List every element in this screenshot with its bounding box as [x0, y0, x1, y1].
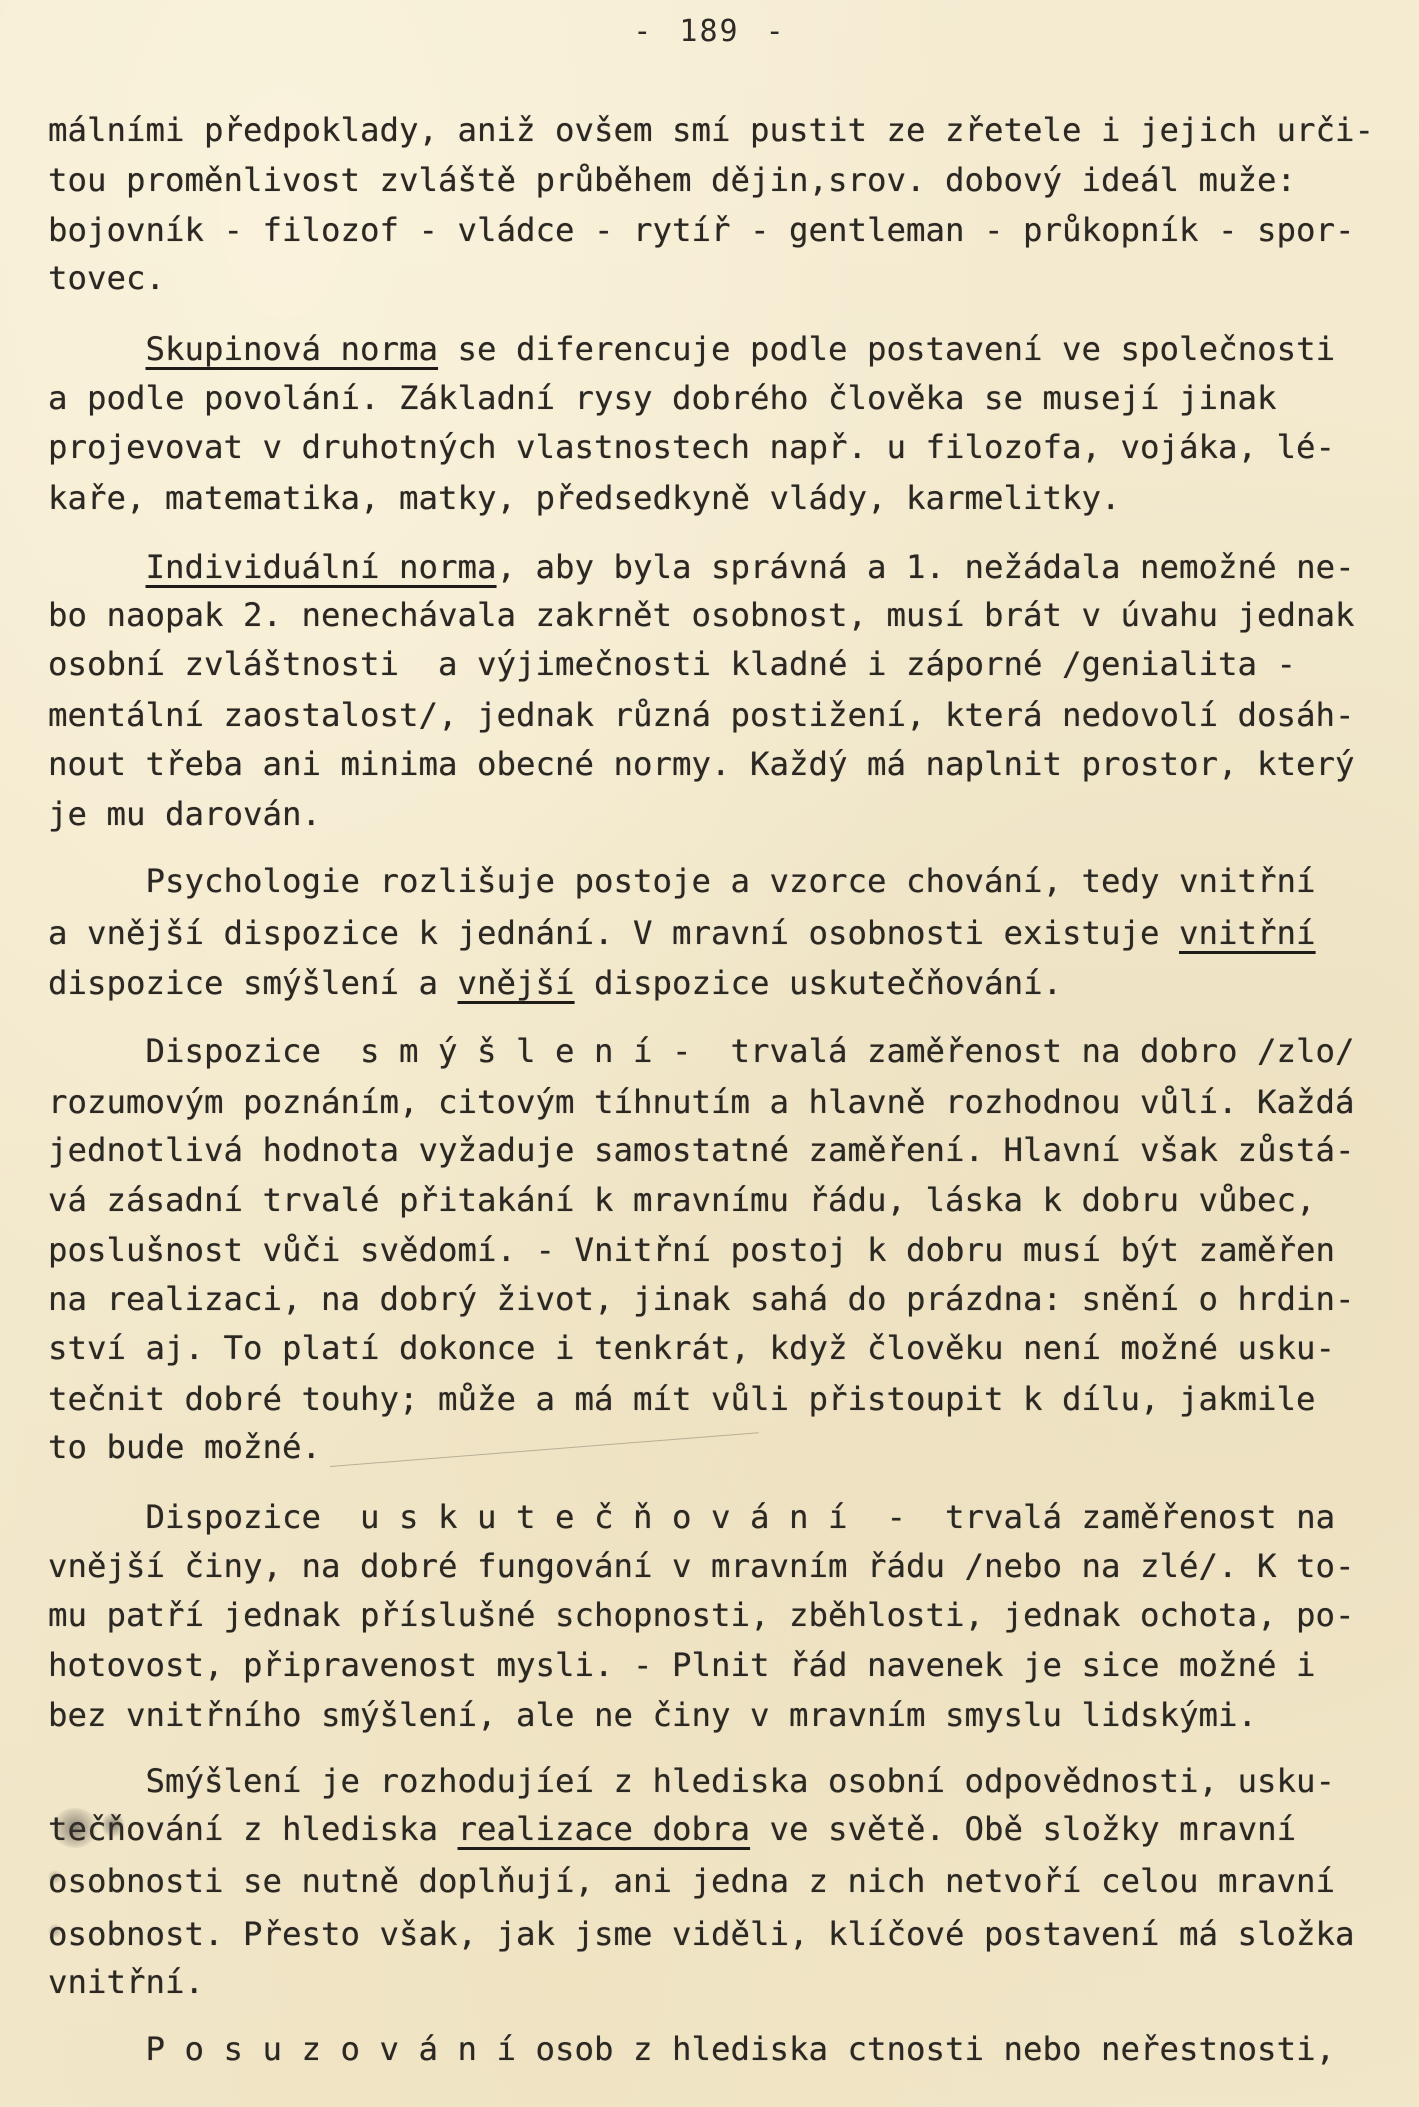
text-line: projevovat v druhotných vlastnostech nap…: [48, 427, 1335, 467]
text-line: P o s u z o v á n í osob z hlediska ctno…: [48, 2029, 1335, 2069]
text-segment: - trvalá zaměřenost na dobro /zlo/: [653, 1032, 1355, 1070]
text-line: to bude možné.: [48, 1427, 321, 1467]
text-line: mentální zaostalost/, jednak různá posti…: [48, 695, 1355, 735]
underlined-term: realizace dobra: [458, 1810, 751, 1848]
text-line: Skupinová norma se diferencuje podle pos…: [48, 329, 1335, 369]
text-segment: bez vnitřního smýšlení, ale ne činy v mr…: [48, 1696, 1257, 1734]
text-segment: jednotlivá hodnota vyžaduje samostatné z…: [48, 1131, 1355, 1169]
page-number: - 189 -: [0, 14, 1419, 49]
text-line: osobnosti se nutně doplňují, ani jedna z…: [48, 1861, 1335, 1901]
text-segment: vá zásadní trvalé přitakání k mravnímu ř…: [48, 1181, 1316, 1219]
text-line: bez vnitřního smýšlení, ale ne činy v mr…: [48, 1695, 1257, 1735]
text-line: a podle povolání. Základní rysy dobrého …: [48, 378, 1277, 418]
text-line: bojovník - filozof - vládce - rytíř - ge…: [48, 210, 1355, 250]
text-segment: nout třeba ani minima obecné normy. Každ…: [48, 745, 1355, 783]
text-line: Psychologie rozlišuje postoje a vzorce c…: [48, 861, 1316, 901]
letter-spaced-term: u s k u t e č ň o v á n í: [360, 1498, 848, 1536]
letter-spaced-term: P o s u z o v á n í: [146, 2030, 517, 2068]
text-segment: mu patří jednak příslušné schopnosti, zb…: [48, 1596, 1355, 1634]
letter-spaced-term: s m ý š l e n í: [360, 1032, 653, 1070]
text-segment: to bude možné.: [48, 1428, 321, 1466]
text-segment: [48, 548, 146, 586]
text-line: tovec.: [48, 258, 165, 298]
text-line: ství aj. To platí dokonce i tenkrát, kdy…: [48, 1328, 1335, 1368]
text-line: na realizaci, na dobrý život, jinak sahá…: [48, 1279, 1355, 1319]
text-segment: tou proměnlivost zvláště průběhem dějin,…: [48, 161, 1296, 199]
text-line: tou proměnlivost zvláště průběhem dějin,…: [48, 160, 1296, 200]
text-segment: Dispozice: [48, 1498, 360, 1536]
text-segment: [48, 330, 146, 368]
text-segment: kaře, matematika, matky, předsedkyně vlá…: [48, 479, 1121, 517]
text-segment: a podle povolání. Základní rysy dobrého …: [48, 379, 1277, 417]
text-segment: tečňování z hlediska: [48, 1810, 458, 1848]
text-segment: málními předpoklady, aniž ovšem smí pust…: [48, 111, 1374, 149]
text-line: Dispozice s m ý š l e n í - trvalá zaměř…: [48, 1031, 1355, 1071]
text-segment: je mu darován.: [48, 795, 321, 833]
text-segment: projevovat v druhotných vlastnostech nap…: [48, 428, 1335, 466]
text-line: a vnější dispozice k jednání. V mravní o…: [48, 913, 1316, 953]
text-line: vnější činy, na dobré fungování v mravní…: [48, 1546, 1355, 1586]
text-segment: hotovost, připravenost mysli. - Plnit řá…: [48, 1646, 1316, 1684]
text-line: Smýšlení je rozhodujíeí z hlediska osobn…: [48, 1761, 1335, 1801]
text-segment: rozumovým poznáním, citovým tíhnutím a h…: [48, 1083, 1355, 1121]
pencil-stroke: [330, 1432, 759, 1467]
underlined-term: Skupinová norma: [146, 330, 439, 368]
text-segment: Smýšlení je rozhodujíeí z hlediska osobn…: [48, 1762, 1335, 1800]
text-segment: se diferencuje podle postavení ve společ…: [438, 330, 1335, 368]
text-segment: osob z hlediska ctnosti nebo neřestnosti…: [516, 2030, 1335, 2068]
text-segment: tečnit dobré touhy; může a má mít vůli p…: [48, 1380, 1316, 1418]
text-line: vnitřní.: [48, 1962, 204, 2002]
text-line: Individuální norma, aby byla správná a 1…: [48, 547, 1355, 587]
text-segment: a vnější dispozice k jednání. V mravní o…: [48, 914, 1179, 952]
text-line: mu patří jednak příslušné schopnosti, zb…: [48, 1595, 1355, 1635]
typewritten-page: - 189 - málními předpoklady, aniž ovšem …: [0, 0, 1419, 2107]
text-segment: na realizaci, na dobrý život, jinak sahá…: [48, 1280, 1355, 1318]
text-line: osobnost. Přesto však, jak jsme viděli, …: [48, 1914, 1355, 1954]
text-segment: [48, 2030, 146, 2068]
text-segment: poslušnost vůči svědomí. - Vnitřní posto…: [48, 1231, 1335, 1269]
text-segment: Psychologie rozlišuje postoje a vzorce c…: [48, 862, 1316, 900]
text-segment: bojovník - filozof - vládce - rytíř - ge…: [48, 211, 1355, 249]
text-line: nout třeba ani minima obecné normy. Každ…: [48, 744, 1355, 784]
text-line: jednotlivá hodnota vyžaduje samostatné z…: [48, 1130, 1355, 1170]
text-line: osobní zvláštnosti a výjimečnosti kladné…: [48, 644, 1296, 684]
text-line: je mu darován.: [48, 794, 321, 834]
text-line: Dispozice u s k u t e č ň o v á n í - tr…: [48, 1497, 1335, 1537]
text-segment: dispozice smýšlení a: [48, 964, 458, 1002]
text-segment: - trvalá zaměřenost na: [848, 1498, 1336, 1536]
underlined-term: Individuální norma: [146, 548, 497, 586]
text-segment: tovec.: [48, 259, 165, 297]
text-line: hotovost, připravenost mysli. - Plnit řá…: [48, 1645, 1316, 1685]
text-segment: Dispozice: [48, 1032, 360, 1070]
text-line: tečňování z hlediska realizace dobra ve …: [48, 1809, 1296, 1849]
text-line: vá zásadní trvalé přitakání k mravnímu ř…: [48, 1180, 1316, 1220]
text-segment: osobní zvláštnosti a výjimečnosti kladné…: [48, 645, 1296, 683]
text-segment: vnitřní.: [48, 1963, 204, 2001]
text-line: poslušnost vůči svědomí. - Vnitřní posto…: [48, 1230, 1335, 1270]
text-segment: mentální zaostalost/, jednak různá posti…: [48, 696, 1355, 734]
text-line: tečnit dobré touhy; může a má mít vůli p…: [48, 1379, 1316, 1419]
text-segment: bo naopak 2. nenechávala zakrnět osobnos…: [48, 596, 1355, 634]
text-line: kaře, matematika, matky, předsedkyně vlá…: [48, 478, 1121, 518]
text-segment: osobnosti se nutně doplňují, ani jedna z…: [48, 1862, 1335, 1900]
text-segment: ve světě. Obě složky mravní: [750, 1810, 1296, 1848]
underlined-term: vnější: [458, 964, 575, 1002]
text-segment: , aby byla správná a 1. nežádala nemožné…: [497, 548, 1355, 586]
text-segment: dispozice uskutečňování.: [575, 964, 1063, 1002]
text-line: bo naopak 2. nenechávala zakrnět osobnos…: [48, 595, 1355, 635]
text-segment: ství aj. To platí dokonce i tenkrát, kdy…: [48, 1329, 1335, 1367]
text-line: rozumovým poznáním, citovým tíhnutím a h…: [48, 1082, 1355, 1122]
text-line: dispozice smýšlení a vnější dispozice us…: [48, 963, 1062, 1003]
underlined-term: vnitřní: [1179, 914, 1316, 952]
text-segment: osobnost. Přesto však, jak jsme viděli, …: [48, 1915, 1355, 1953]
text-segment: vnější činy, na dobré fungování v mravní…: [48, 1547, 1355, 1585]
text-line: málními předpoklady, aniž ovšem smí pust…: [48, 110, 1374, 150]
